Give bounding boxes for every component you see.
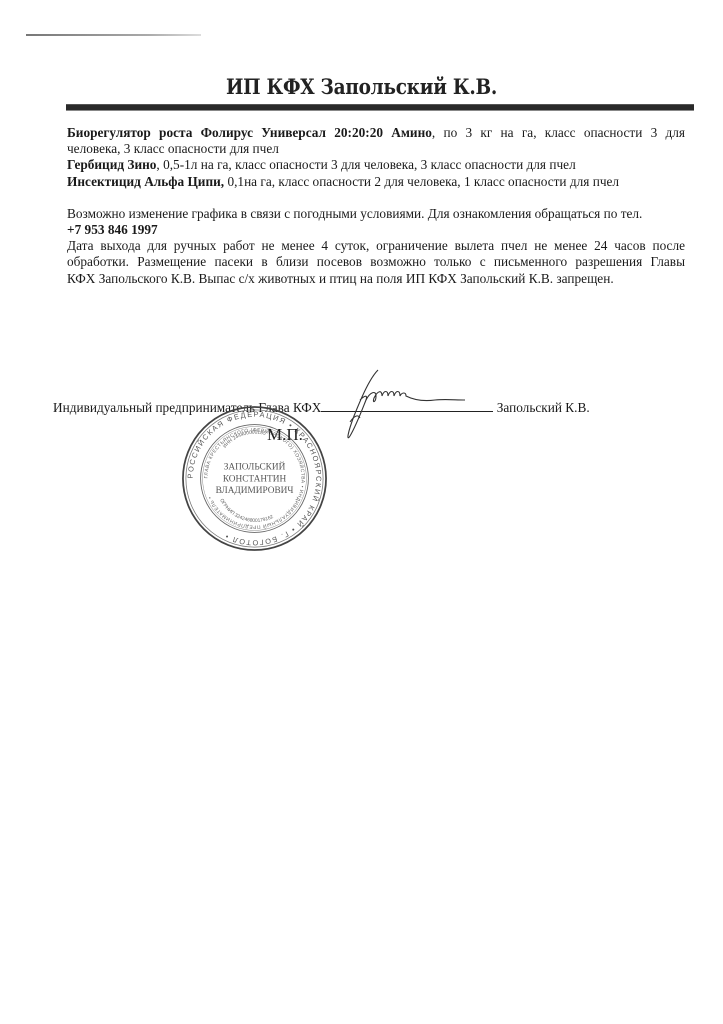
product-item-biostimulant-cont: человека, 3 класс опасности для пчел bbox=[67, 141, 685, 157]
svg-text:ЗАПОЛЬСКИЙ: ЗАПОЛЬСКИЙ bbox=[224, 461, 286, 473]
signatory-name: Запольский К.В. bbox=[497, 400, 590, 415]
document-body: Биорегулятор роста Фолирус Универсал 20:… bbox=[67, 125, 685, 287]
product-details: , 0,5-1л на га, класс опасности 3 для че… bbox=[156, 157, 575, 172]
product-item-herbicide: Гербицид Зино, 0,5-1л на га, класс опасн… bbox=[67, 157, 685, 173]
restrictions-line-2: обработки. Размещение пасеки в близи пос… bbox=[67, 254, 685, 270]
restrictions-line-1: Дата выхода для ручных работ не менее 4 … bbox=[67, 238, 685, 254]
handwritten-signature bbox=[340, 366, 480, 446]
signature-icon bbox=[340, 366, 480, 446]
svg-text:КОНСТАНТИН: КОНСТАНТИН bbox=[223, 474, 287, 484]
top-decorative-rule bbox=[26, 34, 201, 36]
schedule-notice: Возможно изменение графика в связи с пог… bbox=[67, 206, 685, 222]
product-details: , по 3 кг на га, класс опасности 3 для bbox=[432, 125, 685, 140]
product-details: 0,1на га, класс опасности 2 для человека… bbox=[224, 174, 619, 189]
product-name: Биорегулятор роста Фолирус Универсал 20:… bbox=[67, 125, 432, 140]
svg-text:ВЛАДИМИРОВИЧ: ВЛАДИМИРОВИЧ bbox=[216, 486, 294, 496]
restrictions-line-3: КФХ Запольского К.В. Выпас с/х животных … bbox=[67, 271, 685, 287]
product-name: Гербицид Зино bbox=[67, 157, 156, 172]
product-item-insecticide: Инсектицид Альфа Ципи, 0,1на га, класс о… bbox=[67, 174, 685, 190]
seal-icon: РОССИЙСКАЯ ФЕДЕРАЦИЯ • КРАСНОЯРСКИЙ КРАЙ… bbox=[181, 405, 328, 552]
product-item-biostimulant: Биорегулятор роста Фолирус Универсал 20:… bbox=[67, 125, 685, 141]
contact-phone: +7 953 846 1997 bbox=[67, 222, 685, 238]
title-underline-rule bbox=[66, 104, 694, 111]
document-title: ИП КФХ Запольский К.В. bbox=[43, 74, 679, 99]
official-seal-stamp: РОССИЙСКАЯ ФЕДЕРАЦИЯ • КРАСНОЯРСКИЙ КРАЙ… bbox=[181, 405, 328, 552]
product-name: Инсектицид Альфа Ципи, bbox=[67, 174, 224, 189]
seal-place-label: М.П. bbox=[267, 425, 303, 445]
